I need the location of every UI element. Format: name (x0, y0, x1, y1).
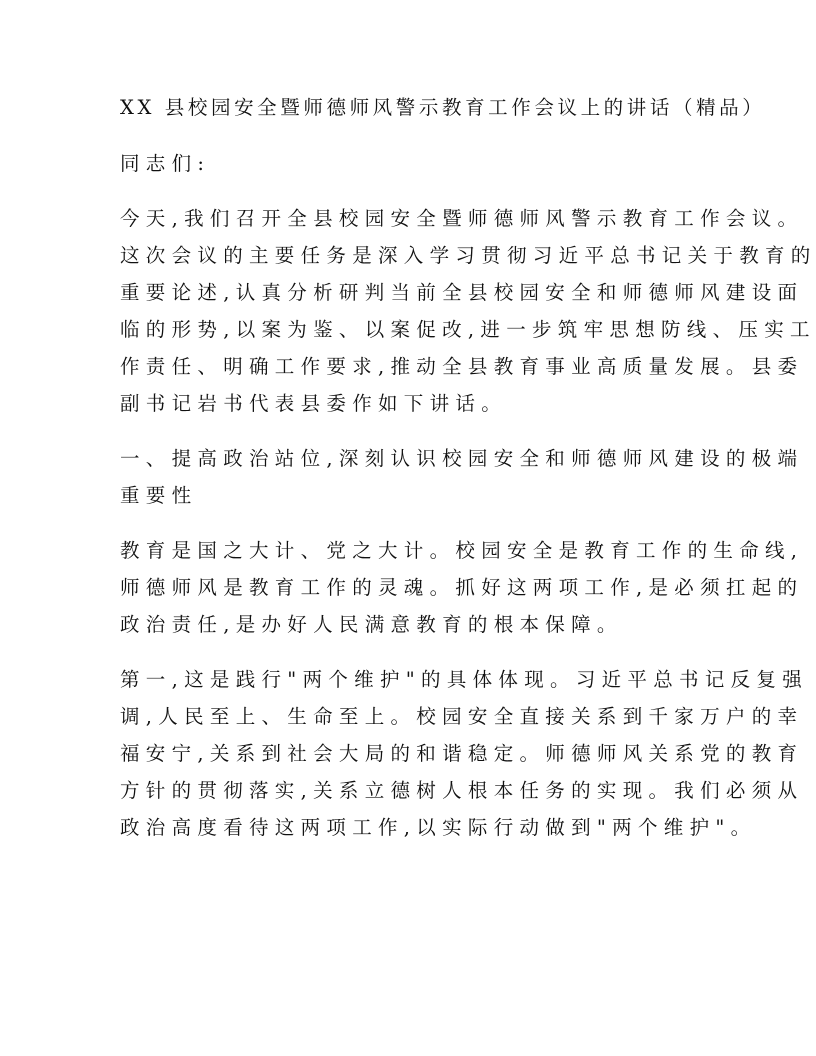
salutation: 同志们: (120, 152, 210, 176)
paragraph-line: 调,人民至上、生命至上。校园安全直接关系到千家万户的幸 (120, 705, 803, 729)
paragraph-line: 重要论述,认真分析研判当前全县校园安全和师德师风建设面 (120, 281, 803, 305)
paragraph-line: 政治高度看待这两项工作,以实际行动做到"两个维护"。 (120, 816, 756, 840)
paragraph-line: 师德师风是教育工作的灵魂。抓好这两项工作,是必须扛起的 (120, 576, 803, 600)
heading-line: 一、提高政治站位,深刻认识校园安全和师德师风建设的极端 (120, 447, 803, 471)
paragraph-line: 福安宁,关系到社会大局的和谐稳定。师德师风关系党的教育 (120, 742, 803, 766)
paragraph-line: 作责任、明确工作要求,推动全县教育事业高质量发展。县委 (120, 355, 803, 379)
heading-line: 重要性 (120, 484, 197, 508)
paragraph-line: 方针的贯彻落实,关系立德树人根本任务的实现。我们必须从 (120, 779, 803, 803)
paragraph-line: 第一,这是践行"两个维护"的具体体现。习近平总书记反复强 (120, 668, 808, 692)
paragraph-line: 副书记岩书代表县委作如下讲话。 (120, 392, 507, 416)
paragraph-line: 今天,我们召开全县校园安全暨师德师风警示教育工作会议。 (120, 207, 803, 231)
paragraph-line: 这次会议的主要任务是深入学习贯彻习近平总书记关于教育的 (120, 244, 816, 268)
paragraph-line: 教育是国之大计、党之大计。校园安全是教育工作的生命线, (120, 539, 803, 563)
document-page: XX 县校园安全暨师德师风警示教育工作会议上的讲话（精品） 同志们: 今天,我们… (0, 0, 816, 1056)
document-title: XX 县校园安全暨师德师风警示教育工作会议上的讲话（精品） (120, 96, 765, 120)
paragraph-line: 临的形势,以案为鉴、以案促改,进一步筑牢思想防线、压实工 (120, 318, 816, 342)
paragraph-line: 政治责任,是办好人民满意教育的根本保障。 (120, 613, 623, 637)
